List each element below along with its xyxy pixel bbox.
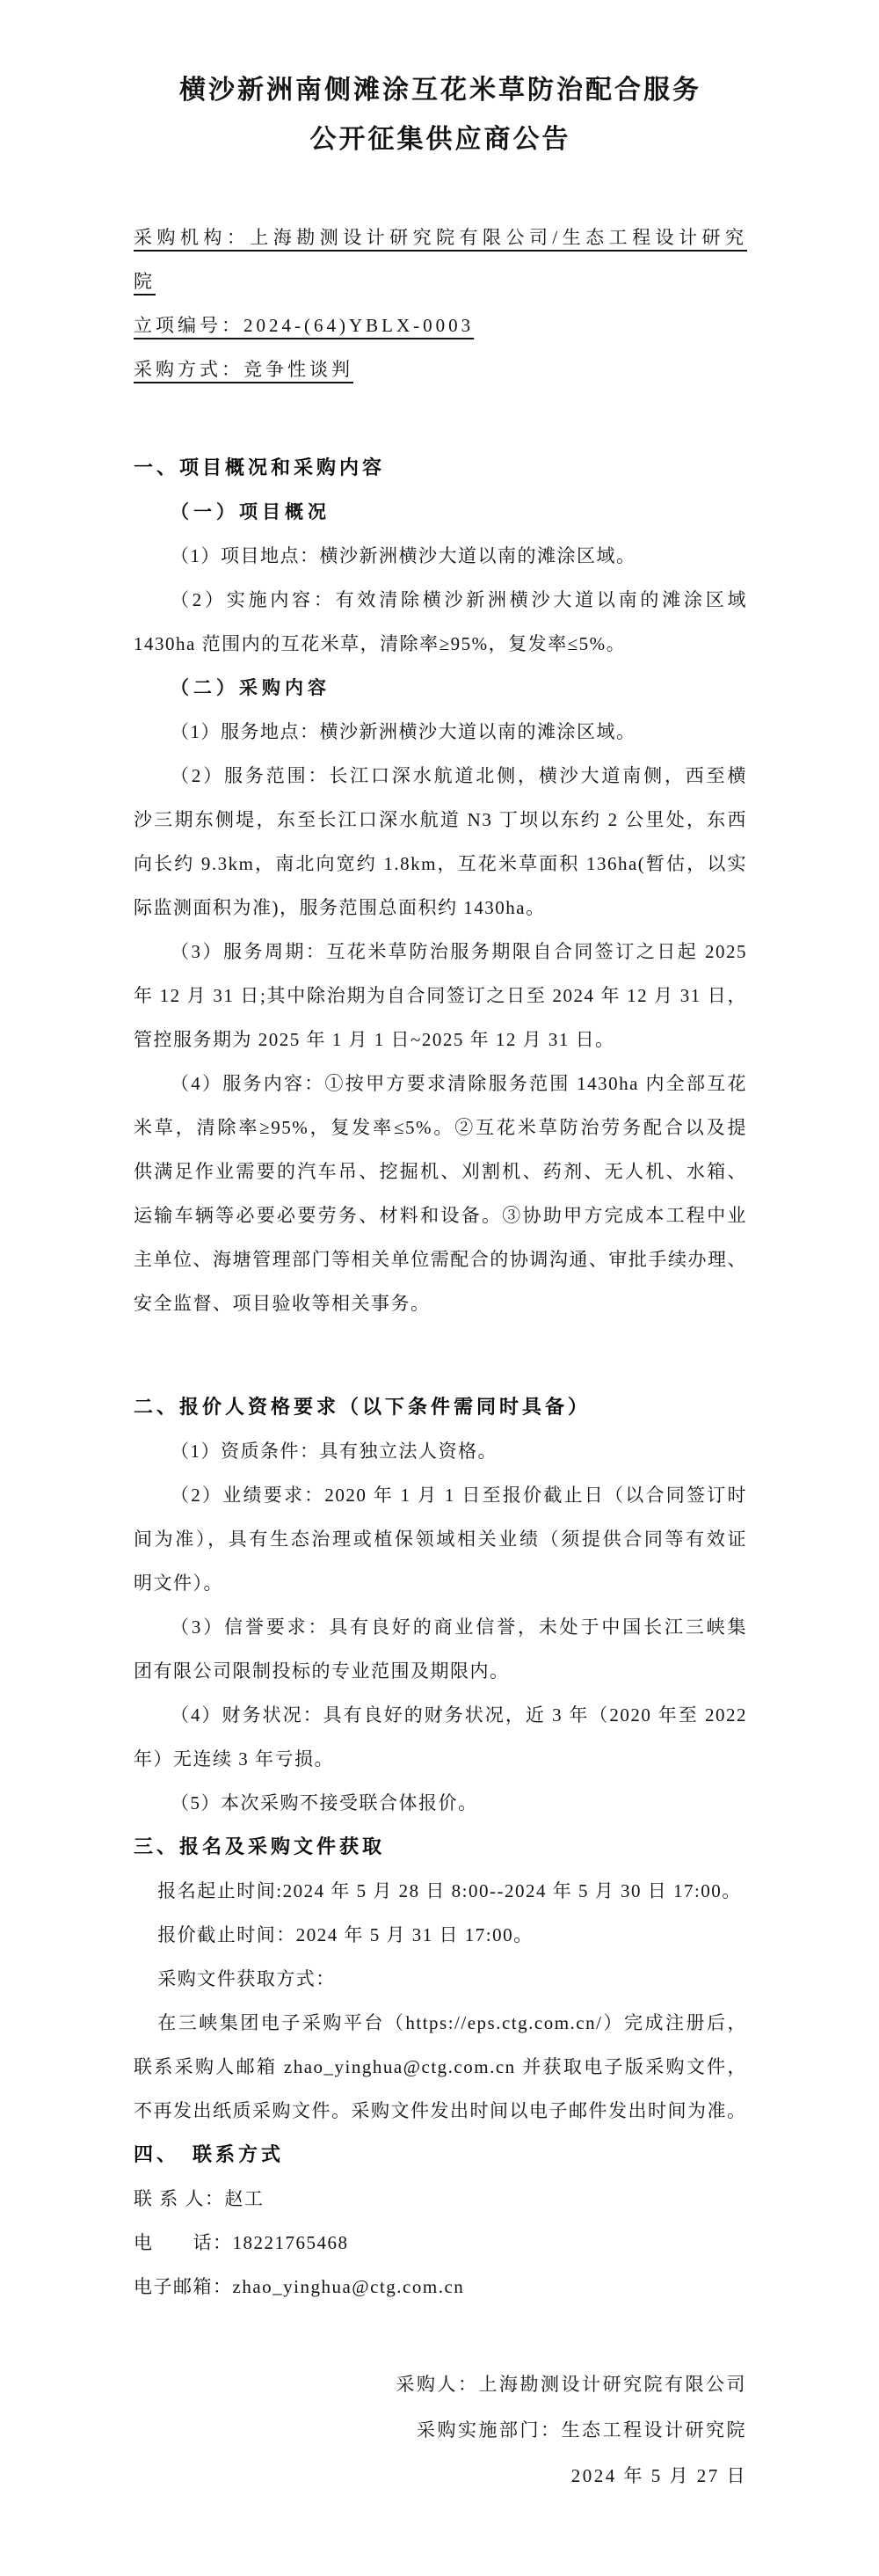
agency-line-2: 院 (134, 259, 747, 303)
paragraph-line: （2）服务范围：长江口深水航道北侧，横沙大道南侧，西至横 (134, 754, 747, 798)
paragraph-line: （3）信誉要求：具有良好的商业信誉，未处于中国长江三峡集 (134, 1605, 747, 1649)
section-1: 一、项目概况和采购内容 （一）项目概况 （1）项目地点：横沙新洲横沙大道以南的滩… (134, 446, 747, 1325)
paragraph-line: 联系采购人邮箱 zhao_yinghua@ctg.com.cn 并获取电子版采购… (134, 2045, 747, 2089)
paragraph-line: 主单位、海塘管理部门等相关单位需配合的协调沟通、审批手续办理、 (134, 1237, 747, 1281)
section-heading-4: 四、 联系方式 (134, 2133, 747, 2177)
paragraph-line: （2）实施内容：有效清除横沙新洲横沙大道以南的滩涂区域 (134, 578, 747, 622)
paragraph-line: 1430ha 范围内的互花米草，清除率≥95%，复发率≤5%。 (134, 622, 747, 666)
paragraph-line: （2）业绩要求：2020 年 1 月 1 日至报价截止日（以合同签订时 (134, 1473, 747, 1517)
signature-block: 采购人：上海勘测设计研究院有限公司 采购实施部门：生态工程设计研究院 2024 … (134, 2361, 747, 2499)
paragraph-line: （1）资质条件：具有独立法人资格。 (134, 1429, 747, 1473)
paragraph-line: 间为准），具有生态治理或植保领域相关业绩（须提供合同等有效证 (134, 1517, 747, 1561)
header-info: 采购机构：上海勘测设计研究院有限公司/生态工程设计研究 院 立项编号：2024-… (134, 215, 747, 391)
paragraph-line: 采购文件获取方式： (134, 1957, 747, 2001)
sub-heading-1-2: （二）采购内容 (134, 666, 747, 710)
paragraph-line: 年）无连续 3 年亏损。 (134, 1737, 747, 1781)
contact-phone-line: 电 话：18221765468 (134, 2221, 747, 2265)
section-2: 二、报价人资格要求（以下条件需同时具备） （1）资质条件：具有独立法人资格。 （… (134, 1385, 747, 1825)
section-heading-2: 二、报价人资格要求（以下条件需同时具备） (134, 1385, 747, 1429)
paragraph-line: 管控服务期为 2025 年 1 月 1 日~2025 年 12 月 31 日。 (134, 1018, 747, 1062)
section-3: 三、报名及采购文件获取 报名起止时间:2024 年 5 月 28 日 8:00-… (134, 1825, 747, 2133)
footer-dept: 采购实施部门：生态工程设计研究院 (134, 2407, 747, 2453)
paragraph-line: （4）财务状况：具有良好的财务状况，近 3 年（2020 年至 2022 (134, 1693, 747, 1737)
doc-title-line-2: 公开征集供应商公告 (134, 115, 747, 164)
footer-buyer: 采购人：上海勘测设计研究院有限公司 (134, 2361, 747, 2407)
paragraph-line: 明文件）。 (134, 1561, 747, 1605)
paragraph-line: （1）项目地点：横沙新洲横沙大道以南的滩涂区域。 (134, 534, 747, 578)
agency-line-1: 采购机构：上海勘测设计研究院有限公司/生态工程设计研究 (134, 215, 747, 259)
section-4: 四、 联系方式 联 系 人：赵工 电 话：18221765468 电子邮箱：zh… (134, 2133, 747, 2309)
section-heading-3: 三、报名及采购文件获取 (134, 1825, 747, 1869)
contact-email-line: 电子邮箱：zhao_yinghua@ctg.com.cn (134, 2265, 747, 2309)
section-heading-1: 一、项目概况和采购内容 (134, 446, 747, 490)
paragraph-line: （3）服务周期：互花米草防治服务期限自合同签订之日起 2025 (134, 930, 747, 974)
footer-date: 2024 年 5 月 27 日 (134, 2453, 747, 2499)
doc-title: 横沙新洲南侧滩涂互花米草防治配合服务 公开征集供应商公告 (134, 66, 747, 164)
paragraph-line: 供满足作业需要的汽车吊、挖掘机、刈割机、药剂、无人机、水箱、 (134, 1149, 747, 1193)
paragraph-line: 团有限公司限制投标的专业范围及期限内。 (134, 1649, 747, 1693)
quote-deadline-line: 报价截止时间：2024 年 5 月 31 日 17:00。 (134, 1913, 747, 1957)
paragraph-line: 沙三期东侧堤，东至长江口深水航道 N3 丁坝以东约 2 公里处，东西 (134, 798, 747, 842)
project-number-line: 立项编号：2024-(64)YBLX-0003 (134, 303, 747, 347)
paragraph-line: 米草，清除率≥95%，复发率≤5%。②互花米草防治劳务配合以及提 (134, 1106, 747, 1149)
paragraph-line: 际监测面积为准)，服务范围总面积约 1430ha。 (134, 886, 747, 930)
paragraph-line: 年 12 月 31 日;其中除治期为自合同签订之日至 2024 年 12 月 3… (134, 974, 747, 1018)
paragraph-line: 向长约 9.3km，南北向宽约 1.8km，互花米草面积 136ha(暂估，以实 (134, 842, 747, 886)
paragraph-line: （4）服务内容：①按甲方要求清除服务范围 1430ha 内全部互花 (134, 1062, 747, 1106)
document-page: 横沙新洲南侧滩涂互花米草防治配合服务 公开征集供应商公告 采购机构：上海勘测设计… (0, 0, 879, 2576)
contact-name-line: 联 系 人：赵工 (134, 2177, 747, 2221)
procurement-method-line: 采购方式：竞争性谈判 (134, 347, 747, 391)
paragraph-line: 安全监督、项目验收等相关事务。 (134, 1281, 747, 1325)
paragraph-line: 运输车辆等必要必要劳务、材料和设备。③协助甲方完成本工程中业 (134, 1193, 747, 1237)
registration-window-line: 报名起止时间:2024 年 5 月 28 日 8:00--2024 年 5 月 … (134, 1869, 747, 1913)
paragraph-line: （1）服务地点：横沙新洲横沙大道以南的滩涂区域。 (134, 710, 747, 754)
sub-heading-1-1: （一）项目概况 (134, 490, 747, 534)
paragraph-line: （5）本次采购不接受联合体报价。 (134, 1781, 747, 1825)
doc-title-line-1: 横沙新洲南侧滩涂互花米草防治配合服务 (134, 66, 747, 115)
paragraph-line: 在三峡集团电子采购平台（https://eps.ctg.com.cn/）完成注册… (134, 2001, 747, 2045)
paragraph-line: 不再发出纸质采购文件。采购文件发出时间以电子邮件发出时间为准。 (134, 2089, 747, 2133)
